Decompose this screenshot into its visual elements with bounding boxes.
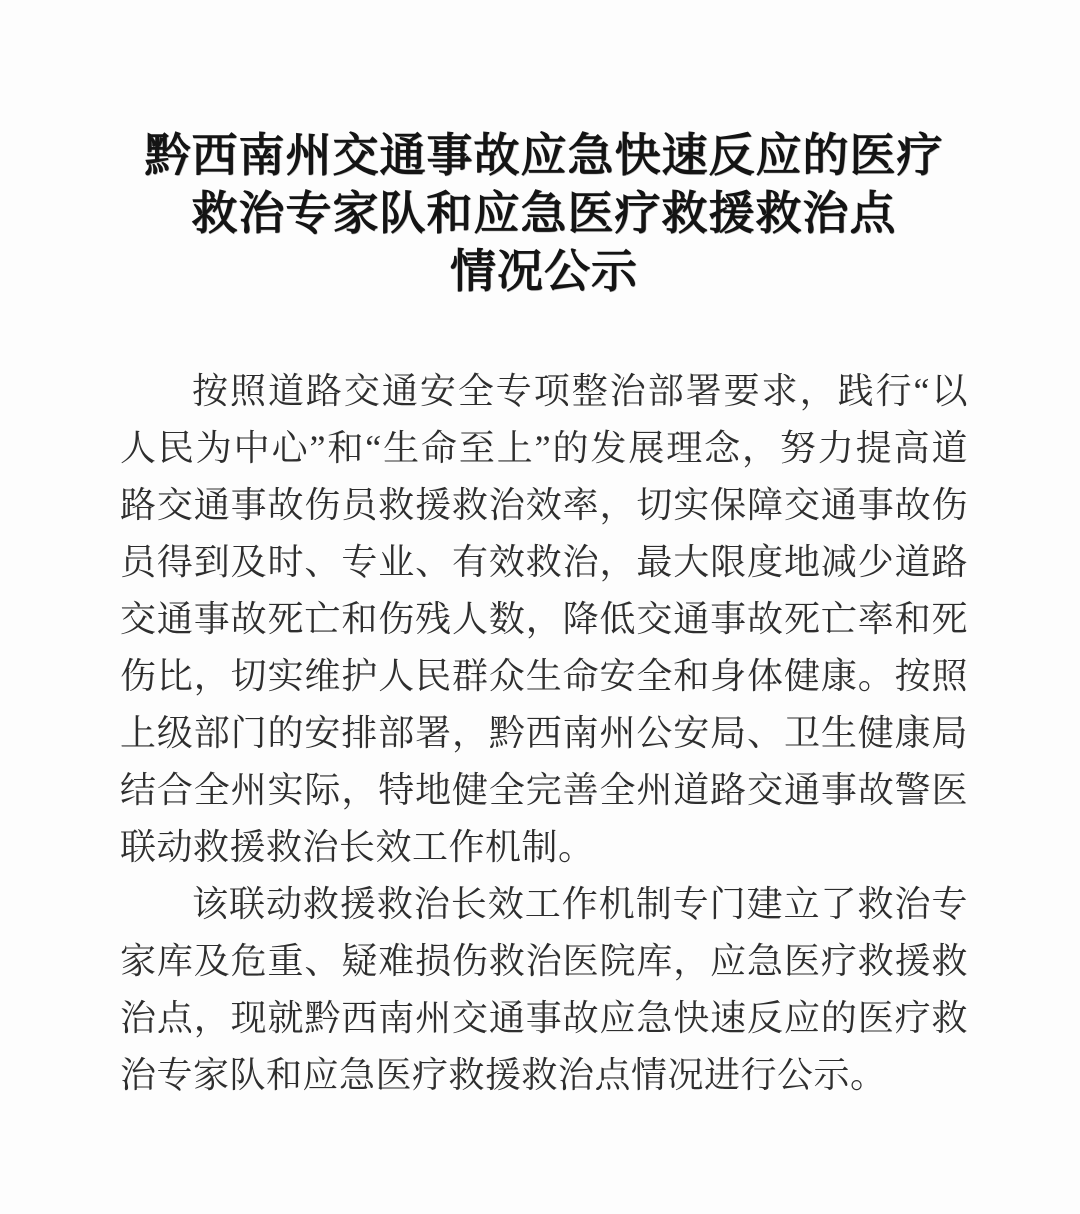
- document-title-line-1: 黔西南州交通事故应急快速反应的医疗: [120, 127, 968, 185]
- document-title-line-2: 救治专家队和应急医疗救援救治点: [120, 185, 968, 243]
- paragraph-2: 该联动救援救治长效工作机制专门建立了救治专家库及危重、疑难损伤救治医院库，应急医…: [120, 876, 968, 1104]
- document-body: 按照道路交通安全专项整治部署要求，践行“以人民为中心”和“生命至上”的发展理念，…: [120, 363, 968, 1104]
- paragraph-1: 按照道路交通安全专项整治部署要求，践行“以人民为中心”和“生命至上”的发展理念，…: [120, 363, 968, 876]
- document-page: 黔西南州交通事故应急快速反应的医疗 救治专家队和应急医疗救援救治点 情况公示 按…: [0, 0, 1080, 1214]
- document-title: 黔西南州交通事故应急快速反应的医疗 救治专家队和应急医疗救援救治点 情况公示: [120, 127, 968, 301]
- document-title-line-3: 情况公示: [120, 243, 968, 301]
